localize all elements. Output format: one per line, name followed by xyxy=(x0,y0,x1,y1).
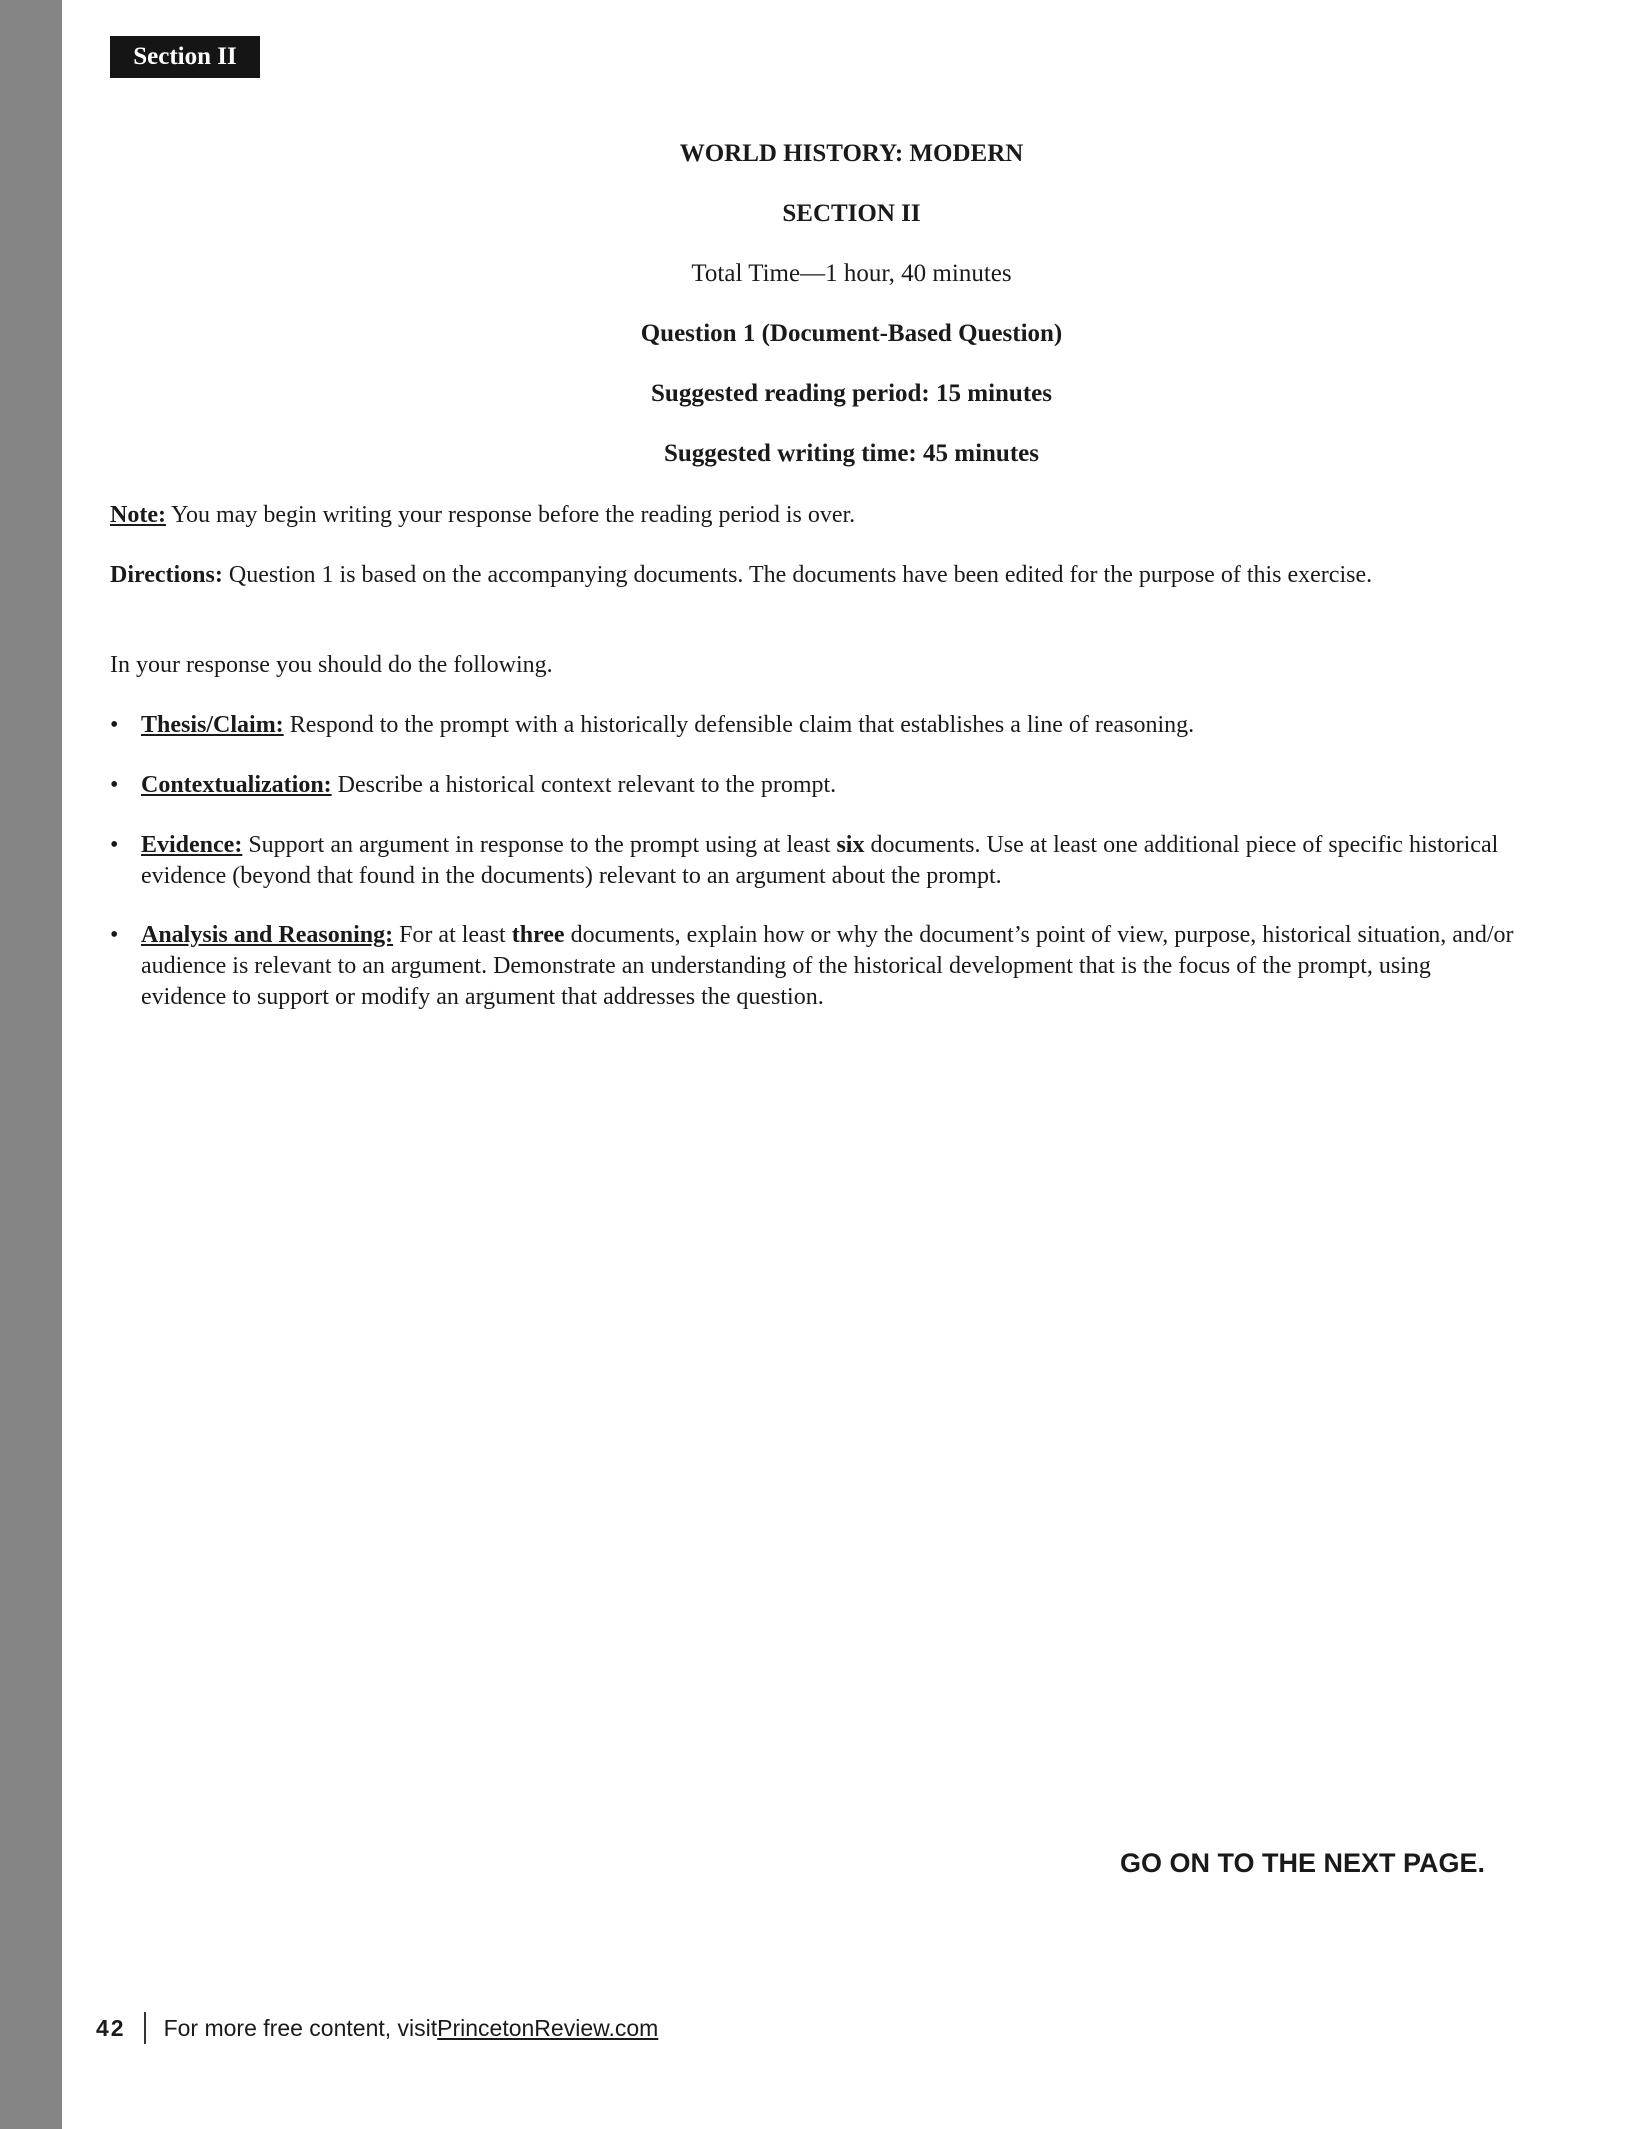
bullet-analysis: • Analysis and Reasoning: For at least t… xyxy=(110,920,1521,1013)
princeton-review-link[interactable]: PrincetonReview.com xyxy=(437,2015,658,2042)
directions: Directions: Question 1 is based on the a… xyxy=(110,560,1470,591)
bullet-icon: • xyxy=(110,710,118,741)
question-title: Question 1 (Document-Based Question) xyxy=(62,320,1641,348)
writing-time: Suggested writing time: 45 minutes xyxy=(62,440,1641,468)
bullet-icon: • xyxy=(110,770,118,801)
footer-text: For more free content, visit xyxy=(164,2015,438,2042)
footer-divider xyxy=(144,2012,146,2044)
bullet-label: Evidence: xyxy=(141,832,242,858)
total-time: Total Time—1 hour, 40 minutes xyxy=(62,260,1641,288)
directions-text: Question 1 is based on the accompanying … xyxy=(223,562,1372,588)
bullet-label: Thesis/Claim: xyxy=(141,712,284,738)
bullet-icon: • xyxy=(110,920,118,951)
note: Note: You may begin writing your respons… xyxy=(110,500,1470,531)
reading-period: Suggested reading period: 15 minutes xyxy=(62,380,1641,408)
bullet-text: Support an argument in response to the p… xyxy=(242,832,836,858)
intro-text: In your response you should do the follo… xyxy=(110,650,1470,681)
bullet-evidence: • Evidence: Support an argument in respo… xyxy=(110,830,1521,892)
page-number: 42 xyxy=(96,2015,126,2042)
bullet-label: Contextualization: xyxy=(141,772,332,798)
bullet-label: Analysis and Reasoning: xyxy=(141,922,393,948)
side-bar xyxy=(0,0,62,2129)
bullet-icon: • xyxy=(110,830,118,861)
subject-title: WORLD HISTORY: MODERN xyxy=(62,140,1641,168)
bullet-contextualization: • Contextualization: Describe a historic… xyxy=(110,770,1521,801)
bullet-emphasis: three xyxy=(512,922,565,948)
bullet-text: For at least xyxy=(393,922,512,948)
section-title: SECTION II xyxy=(62,200,1641,228)
next-page-note: GO ON TO THE NEXT PAGE. xyxy=(1120,1848,1485,1879)
bullet-text: Respond to the prompt with a historicall… xyxy=(284,712,1194,738)
bullet-text: Describe a historical context relevant t… xyxy=(332,772,837,798)
note-label: Note: xyxy=(110,502,166,528)
footer: 42 For more free content, visit Princeto… xyxy=(96,2012,658,2044)
bullet-thesis: • Thesis/Claim: Respond to the prompt wi… xyxy=(110,710,1521,741)
note-text: You may begin writing your response befo… xyxy=(166,502,855,528)
section-badge: Section II xyxy=(110,36,260,78)
directions-label: Directions: xyxy=(110,562,223,588)
bullet-emphasis: six xyxy=(836,832,864,858)
